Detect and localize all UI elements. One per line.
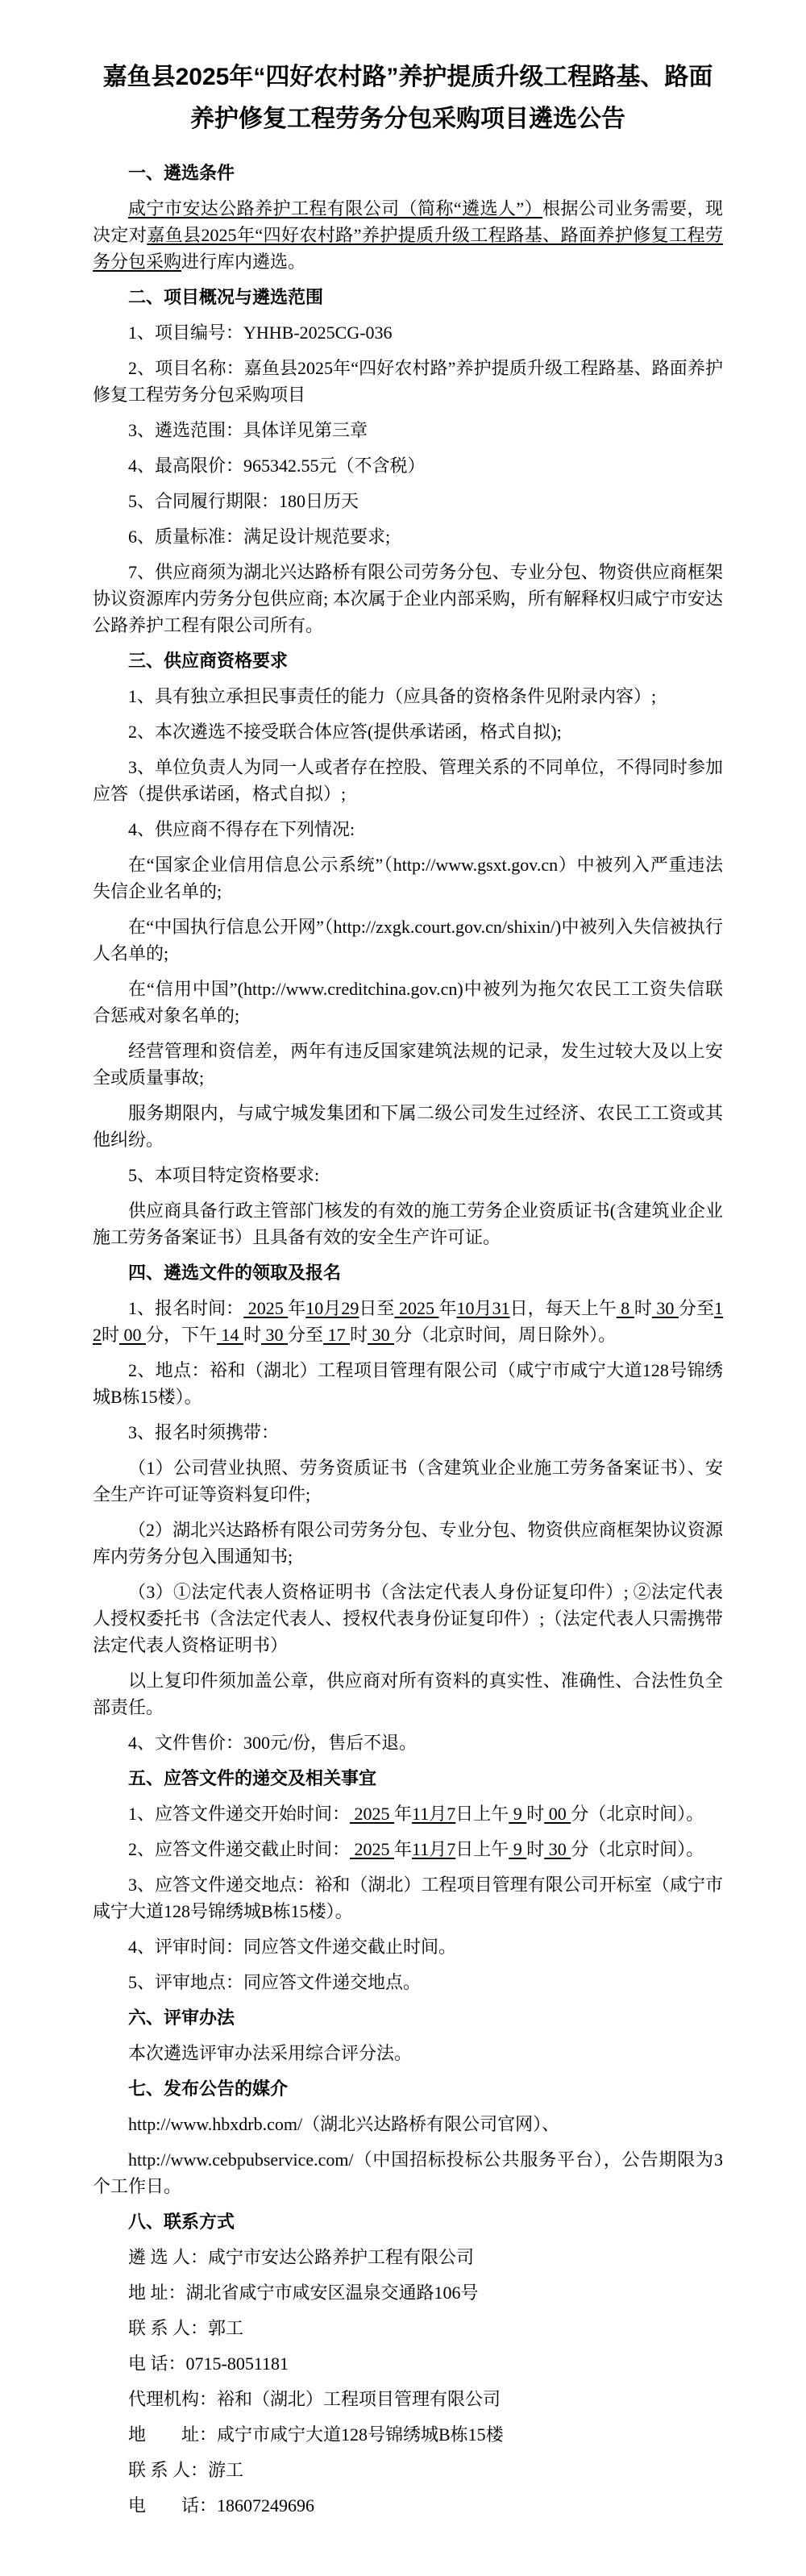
section-heading: 四、遴选文件的领取及报名 <box>93 1259 723 1286</box>
paragraph: 电 话：0715-8051181 <box>93 2350 723 2377</box>
filled-blank-underlined: 30 <box>544 1839 571 1859</box>
filled-blank-underlined: 30 <box>652 1298 679 1318</box>
text-run: 1、报名时间： <box>128 1298 243 1318</box>
paragraph: 3、单位负责人为同一人或者存在控股、管理关系的不同单位，不得同时参加应答（提供承… <box>93 754 723 807</box>
filled-blank-underlined: 30 <box>261 1325 288 1345</box>
text-run: 三、供应商资格要求 <box>128 651 288 671</box>
paragraph: 2、应答文件递交截止时间： 2025 年11月7日上午 9 时 30 分（北京时… <box>93 1836 723 1862</box>
section-heading: 七、发布公告的媒介 <box>93 2075 723 2102</box>
filled-blank-underlined: 咸宁市安达公路养护工程有限公司（简称“遴选人”） <box>128 198 542 218</box>
paragraph: 4、最高限价：965342.55元（不含税） <box>93 452 723 479</box>
text-run: 3、应答文件递交地点：裕和（湖北）工程项目管理有限公司开标室（咸宁市咸宁大道12… <box>93 1875 723 1921</box>
filled-blank-underlined: 2025 <box>350 1839 394 1859</box>
filled-blank-underlined: 9 <box>509 1839 526 1859</box>
document-title-line2: 养护修复工程劳务分包采购项目遴选公告 <box>93 98 723 140</box>
paragraph: 1、应答文件递交开始时间： 2025 年11月7日上午 9 时 00 分（北京时… <box>93 1800 723 1827</box>
text-run: 4、供应商不得存在下列情况: <box>128 819 355 839</box>
text-run: 四、遴选文件的领取及报名 <box>128 1263 341 1283</box>
paragraph: 7、供应商须为湖北兴达路桥有限公司劳务分包、专业分包、物资供应商框架协议资源库内… <box>93 559 723 639</box>
filled-blank-underlined: 9 <box>509 1804 526 1824</box>
text-run: 年 <box>394 1804 412 1824</box>
text-run: 联 系 人：游工 <box>128 2460 243 2480</box>
text-run: 在“国家企业信用信息公示系统”（http://www.gsxt.gov.cn）中… <box>93 855 723 901</box>
text-run: 年 <box>394 1839 412 1859</box>
text-run: 2、项目名称：嘉鱼县2025年“四好农村路”养护提质升级工程路基、路面养护修复工… <box>93 358 723 405</box>
text-run: 时 <box>102 1325 119 1345</box>
text-run: 3、单位负责人为同一人或者存在控股、管理关系的不同单位，不得同时参加应答（提供承… <box>93 757 723 804</box>
text-run: 经营管理和资信差，两年有违反国家建筑法规的记录，发生过较大及以上安全或质量事故; <box>93 1041 723 1088</box>
document-body: 一、遴选条件咸宁市安达公路养护工程有限公司（简称“遴选人”）根据公司业务需要，现… <box>93 160 723 2519</box>
text-run: 服务期限内，与咸宁城发集团和下属二级公司发生过经济、农民工工资或其他纠纷。 <box>93 1103 723 1150</box>
paragraph: （1）公司营业执照、劳务资质证书（含建筑业企业施工劳务备案证书）、安全生产许可证… <box>93 1454 723 1508</box>
section-heading: 八、联系方式 <box>93 2208 723 2235</box>
text-run: （3）①法定代表人资格证明书（含法定代表人身份证复印件）; ②法定代表人授权委托… <box>93 1582 723 1655</box>
text-run: 7、供应商须为湖北兴达路桥有限公司劳务分包、专业分包、物资供应商框架协议资源库内… <box>93 562 723 635</box>
filled-blank-underlined: 00 <box>544 1804 571 1824</box>
text-run: 日，每天上午 <box>510 1298 617 1318</box>
text-run: 时 <box>634 1298 652 1318</box>
filled-blank-underlined: 30 <box>368 1325 394 1345</box>
paragraph: 服务期限内，与咸宁城发集团和下属二级公司发生过经济、农民工工资或其他纠纷。 <box>93 1100 723 1153</box>
paragraph: 地 址：咸宁市咸宁大道128号锦绣城B栋15楼 <box>93 2421 723 2448</box>
text-run: （2）湖北兴达路桥有限公司劳务分包、专业分包、物资供应商框架协议资源库内劳务分包… <box>93 1520 723 1567</box>
paragraph: 代理机构：裕和（湖北）工程项目管理有限公司 <box>93 2386 723 2412</box>
text-run: 2、本次遴选不接受联合体应答(提供承诺函，格式自拟); <box>128 722 562 742</box>
paragraph: 咸宁市安达公路养护工程有限公司（简称“遴选人”）根据公司业务需要，现决定对嘉鱼县… <box>93 195 723 275</box>
text-run: 代理机构：裕和（湖北）工程项目管理有限公司 <box>128 2389 501 2409</box>
paragraph: 4、供应商不得存在下列情况: <box>93 816 723 843</box>
paragraph: 4、文件售价：300元/份，售后不退。 <box>93 1729 723 1756</box>
text-run: 5、合同履行期限：180日历天 <box>128 491 359 511</box>
text-run: 日至 <box>359 1298 394 1318</box>
text-run: 时 <box>526 1804 544 1824</box>
text-run: 时 <box>243 1325 261 1345</box>
filled-blank-underlined: 10月31 <box>457 1298 510 1318</box>
paragraph: 联 系 人：游工 <box>93 2457 723 2483</box>
paragraph: 4、评审时间：同应答文件递交截止时间。 <box>93 1933 723 1960</box>
paragraph: 1、报名时间： 2025 年10月29日至 2025 年10月31日，每天上午 … <box>93 1295 723 1348</box>
paragraph: 5、本项目特定资格要求: <box>93 1162 723 1188</box>
text-run: 年 <box>438 1298 456 1318</box>
text-run: 分至 <box>288 1325 323 1345</box>
section-heading: 六、评审办法 <box>93 2004 723 2031</box>
paragraph: 5、评审地点：同应答文件递交地点。 <box>93 1969 723 1995</box>
text-run: 6、质量标准：满足设计规范要求; <box>128 526 390 547</box>
filled-blank-underlined: 10月29 <box>305 1298 359 1318</box>
document-title-line1: 嘉鱼县2025年“四好农村路”养护提质升级工程路基、路面 <box>93 56 723 98</box>
text-run: 分（北京时间，周日除外）。 <box>394 1325 616 1345</box>
text-run: 3、遴选范围：具体详见第三章 <box>128 420 368 440</box>
paragraph: 6、质量标准：满足设计规范要求; <box>93 523 723 550</box>
text-run: 时 <box>350 1325 368 1345</box>
text-run: 五、应答文件的递交及相关事宜 <box>128 1768 376 1788</box>
text-run: 在“信用中国”(http://www.creditchina.gov.cn)中被… <box>93 979 723 1026</box>
text-run: 分，下午 <box>146 1325 217 1345</box>
text-run: 日上午 <box>455 1839 509 1859</box>
paragraph: 以上复印件须加盖公章，供应商对所有资料的真实性、准确性、合法性负全部责任。 <box>93 1667 723 1721</box>
document-title: 嘉鱼县2025年“四好农村路”养护提质升级工程路基、路面 养护修复工程劳务分包采… <box>93 56 723 140</box>
text-run: 5、本项目特定资格要求: <box>128 1165 319 1185</box>
text-run: 进行库内遴选。 <box>181 252 305 272</box>
paragraph: 2、项目名称：嘉鱼县2025年“四好农村路”养护提质升级工程路基、路面养护修复工… <box>93 355 723 408</box>
paragraph: 3、报名时须携带： <box>93 1419 723 1446</box>
paragraph: 在“中国执行信息公开网”（http://zxgk.court.gov.cn/sh… <box>93 913 723 967</box>
text-run: 分（北京时间）。 <box>571 1804 704 1824</box>
text-run: 六、评审办法 <box>128 2008 235 2028</box>
filled-blank-underlined: 11月7 <box>412 1804 455 1824</box>
paragraph: 2、地点：裕和（湖北）工程项目管理有限公司（咸宁市咸宁大道128号锦绣城B栋15… <box>93 1357 723 1410</box>
text-run: 地 址：咸宁市咸宁大道128号锦绣城B栋15楼 <box>128 2424 504 2445</box>
filled-blank-underlined: 00 <box>119 1325 146 1345</box>
filled-blank-underlined: 2025 <box>243 1298 288 1318</box>
paragraph: 在“国家企业信用信息公示系统”（http://www.gsxt.gov.cn）中… <box>93 851 723 905</box>
filled-blank-underlined: 14 <box>217 1325 243 1345</box>
text-run: 日上午 <box>455 1804 509 1824</box>
text-run: 分（北京时间）。 <box>571 1839 704 1859</box>
text-run: 电 话：18607249696 <box>128 2495 314 2516</box>
text-run: 在“中国执行信息公开网”（http://zxgk.court.gov.cn/sh… <box>93 917 723 963</box>
paragraph: 3、应答文件递交地点：裕和（湖北）工程项目管理有限公司开标室（咸宁市咸宁大道12… <box>93 1871 723 1925</box>
text-run: 一、遴选条件 <box>128 163 235 183</box>
text-run: （1）公司营业执照、劳务资质证书（含建筑业企业施工劳务备案证书）、安全生产许可证… <box>93 1458 723 1504</box>
paragraph: 在“信用中国”(http://www.creditchina.gov.cn)中被… <box>93 976 723 1029</box>
paragraph: 2、本次遴选不接受联合体应答(提供承诺函，格式自拟); <box>93 718 723 745</box>
text-run: 年 <box>288 1298 305 1318</box>
text-run: 以上复印件须加盖公章，供应商对所有资料的真实性、准确性、合法性负全部责任。 <box>93 1671 723 1717</box>
paragraph: 供应商具备行政主管部门核发的有效的施工劳务企业资质证书(含建筑业企业施工劳务备案… <box>93 1197 723 1251</box>
text-run: 七、发布公告的媒介 <box>128 2079 288 2099</box>
filled-blank-underlined: 11月7 <box>412 1839 455 1859</box>
paragraph: http://www.hbxdrb.com/（湖北兴达路桥有限公司官网）、 <box>93 2111 723 2137</box>
text-run: 八、联系方式 <box>128 2212 235 2232</box>
paragraph: 3、遴选范围：具体详见第三章 <box>93 417 723 443</box>
paragraph: 地 址：湖北省咸宁市咸安区温泉交通路106号 <box>93 2279 723 2306</box>
text-run: http://www.hbxdrb.com/（湖北兴达路桥有限公司官网）、 <box>128 2114 559 2134</box>
text-run: 2、应答文件递交截止时间： <box>128 1839 350 1859</box>
text-run: 二、项目概况与遴选范围 <box>128 287 323 307</box>
text-run: 地 址：湖北省咸宁市咸安区温泉交通路106号 <box>128 2283 479 2303</box>
paragraph: 遴 选 人：咸宁市安达公路养护工程有限公司 <box>93 2244 723 2270</box>
text-run: 供应商具备行政主管部门核发的有效的施工劳务企业资质证书(含建筑业企业施工劳务备案… <box>93 1201 723 1247</box>
text-run: 2、地点：裕和（湖北）工程项目管理有限公司（咸宁市咸宁大道128号锦绣城B栋15… <box>93 1360 723 1407</box>
filled-blank-underlined: 8 <box>617 1298 634 1318</box>
paragraph: 5、合同履行期限：180日历天 <box>93 488 723 514</box>
text-run: 1、具有独立承担民事责任的能力（应具备的资格条件见附录内容）; <box>128 686 656 706</box>
text-run: 1、应答文件递交开始时间： <box>128 1804 350 1824</box>
section-heading: 三、供应商资格要求 <box>93 647 723 674</box>
paragraph: 经营管理和资信差，两年有违反国家建筑法规的记录，发生过较大及以上安全或质量事故; <box>93 1038 723 1091</box>
text-run: 3、报名时须携带： <box>128 1422 279 1442</box>
paragraph: 1、具有独立承担民事责任的能力（应具备的资格条件见附录内容）; <box>93 683 723 710</box>
text-run: 4、最高限价：965342.55元（不含税） <box>128 456 426 476</box>
text-run: 4、评审时间：同应答文件递交截止时间。 <box>128 1937 456 1957</box>
text-run: 4、文件售价：300元/份，售后不退。 <box>128 1733 417 1753</box>
filled-blank-underlined: 17 <box>323 1325 350 1345</box>
paragraph: http://www.cebpubservice.com/（中国招标投标公共服务… <box>93 2146 723 2199</box>
paragraph: 电 话：18607249696 <box>93 2492 723 2519</box>
filled-blank-underlined: 2025 <box>350 1804 394 1824</box>
paragraph: 1、项目编号：YHHB-2025CG-036 <box>93 319 723 346</box>
text-run: 遴 选 人：咸宁市安达公路养护工程有限公司 <box>128 2247 474 2267</box>
text-run: 分至 <box>679 1298 714 1318</box>
text-run: 时 <box>526 1839 544 1859</box>
paragraph: （2）湖北兴达路桥有限公司劳务分包、专业分包、物资供应商框架协议资源库内劳务分包… <box>93 1517 723 1570</box>
paragraph: （3）①法定代表人资格证明书（含法定代表人身份证复印件）; ②法定代表人授权委托… <box>93 1579 723 1658</box>
filled-blank-underlined: 2025 <box>394 1298 438 1318</box>
section-heading: 二、项目概况与遴选范围 <box>93 284 723 310</box>
text-run: 联 系 人：郭工 <box>128 2318 243 2338</box>
paragraph: 联 系 人：郭工 <box>93 2315 723 2341</box>
text-run: 1、项目编号：YHHB-2025CG-036 <box>128 323 393 343</box>
text-run: http://www.cebpubservice.com/（中国招标投标公共服务… <box>93 2149 723 2196</box>
text-run: 本次遴选评审办法采用综合评分法。 <box>128 2043 412 2063</box>
text-run: 电 话：0715-8051181 <box>128 2353 289 2374</box>
text-run: 5、评审地点：同应答文件递交地点。 <box>128 1972 421 1992</box>
paragraph: 本次遴选评审办法采用综合评分法。 <box>93 2040 723 2066</box>
document-page: 嘉鱼县2025年“四好农村路”养护提质升级工程路基、路面 养护修复工程劳务分包采… <box>0 0 806 2576</box>
section-heading: 五、应答文件的递交及相关事宜 <box>93 1765 723 1792</box>
section-heading: 一、遴选条件 <box>93 160 723 186</box>
